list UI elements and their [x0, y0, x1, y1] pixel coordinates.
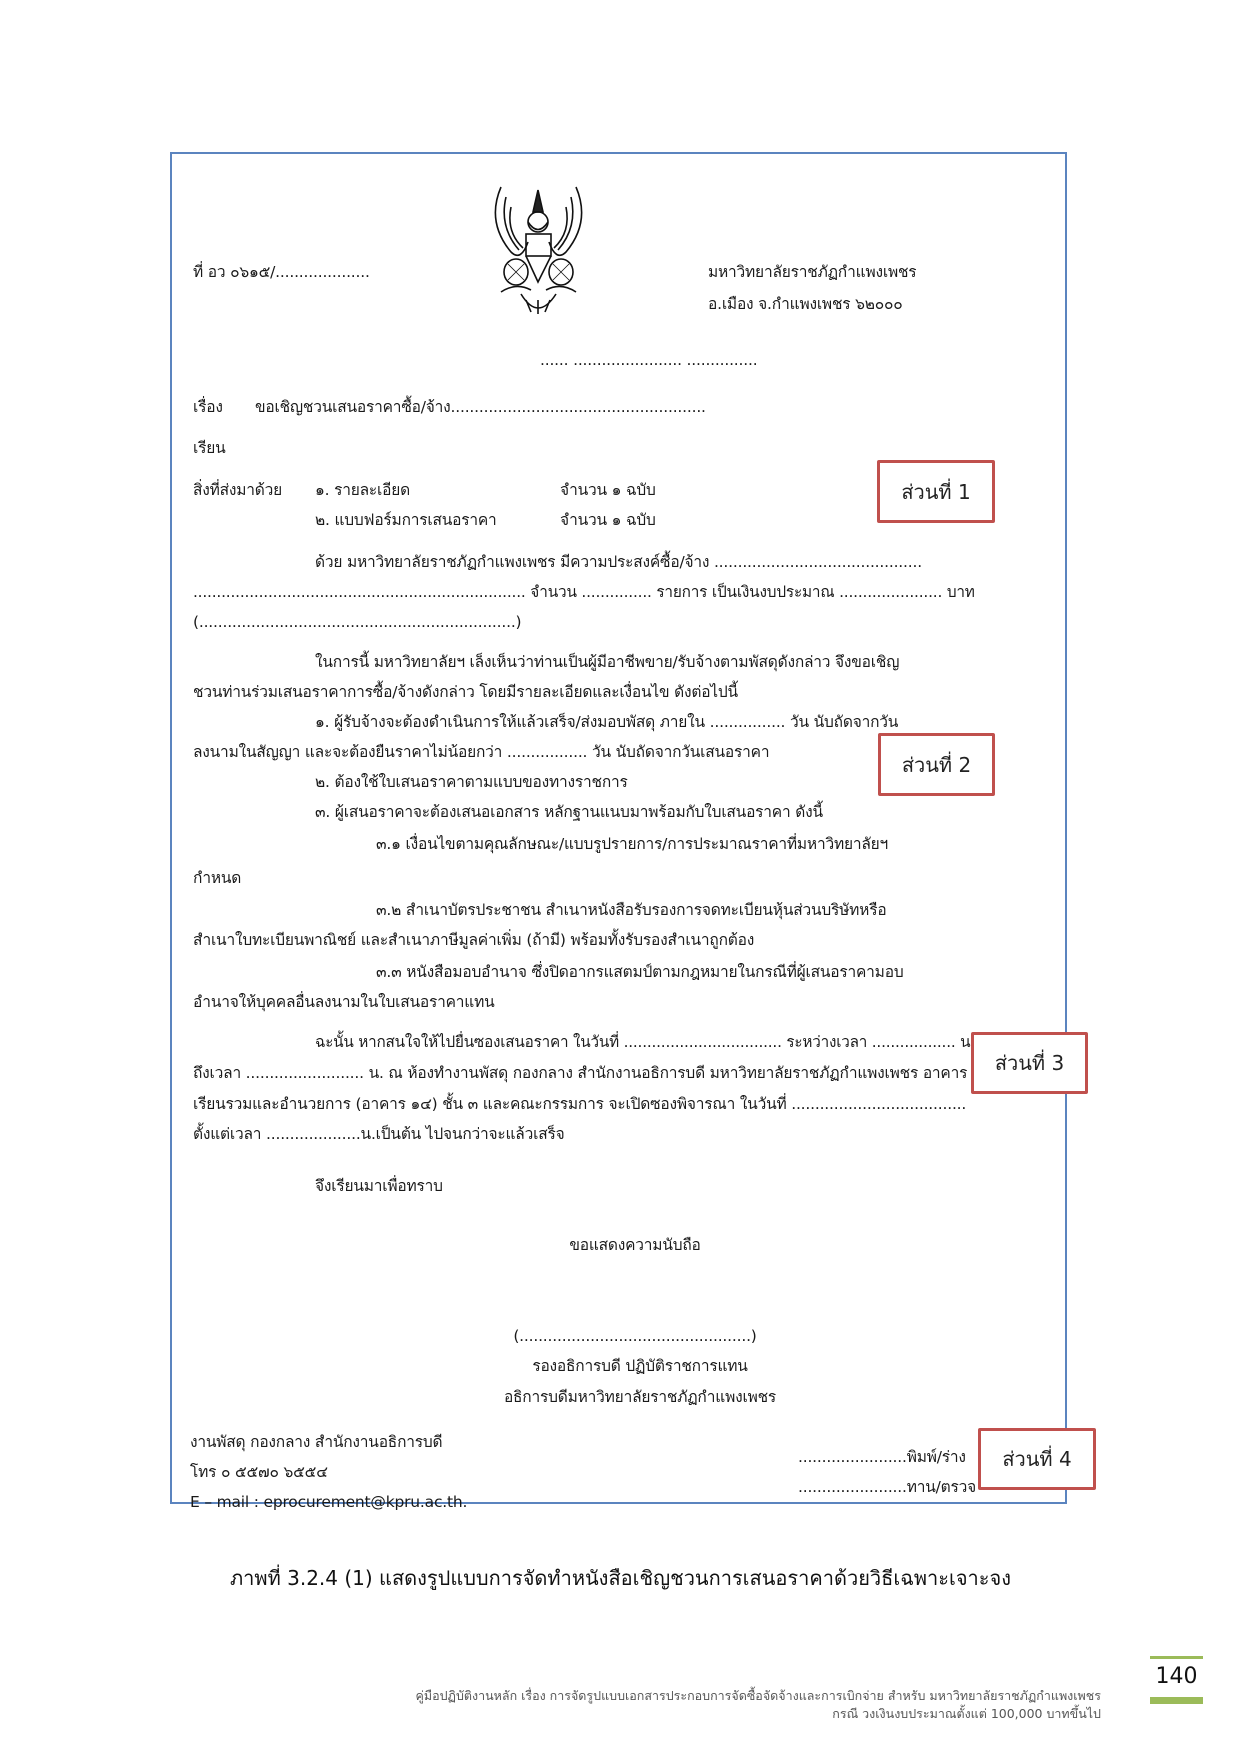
submit-line: ฉะนั้น หากสนใจให้ไปยื่นซองเสนอราคา ในวัน… — [315, 1032, 975, 1052]
part-4-label: ส่วนที่ 4 — [978, 1428, 1096, 1490]
invite-line: ในการนี้ มหาวิทยาลัยฯ เล็งเห็นว่าท่านเป็… — [315, 652, 899, 672]
enclosure-qty: จำนวน ๑ ฉบับ — [560, 480, 656, 500]
checker-line: .......................ทาน/ตรวจ — [798, 1477, 976, 1497]
typist-line: .......................พิมพ์/ร่าง — [798, 1447, 966, 1467]
enclosure-label: สิ่งที่ส่งมาด้วย — [193, 480, 282, 500]
subject-label: เรื่อง — [193, 397, 223, 417]
submit-line: ตั้งแต่เวลา ....................น.เป็นต้… — [193, 1124, 564, 1144]
page-number-top-rule — [1150, 1656, 1203, 1659]
page-number: 140 — [1150, 1664, 1203, 1689]
invite-line: ลงนามในสัญญา และจะต้องยืนราคาไม่น้อยกว่า… — [193, 742, 769, 762]
invite-line: ๓.๑ เงื่อนไขตามคุณลักษณะ/แบบรูปรายการ/กา… — [376, 834, 888, 854]
invite-line: ๓.๒ สำเนาบัตรประชาชน สำเนาหนังสือรับรองก… — [376, 900, 886, 920]
enclosure-qty: จำนวน ๑ ฉบับ — [560, 510, 656, 530]
invite-line: ๒. ต้องใช้ใบเสนอราคาตามแบบของทางราชการ — [315, 772, 628, 792]
invite-line: กำหนด — [193, 868, 241, 888]
contact-email: E – mail : eprocurement@kpru.ac.th. — [190, 1492, 467, 1512]
to-label: เรียน — [193, 438, 226, 458]
contact-phone: โทร ๐ ๕๕๗๐ ๖๕๕๔ — [190, 1462, 328, 1482]
page-number-bottom-rule — [1150, 1697, 1203, 1704]
footer-budget-note: กรณี วงเงินงบประมาณตั้งแต่ 100,000 บาทขึ… — [832, 1704, 1101, 1724]
invite-line: อำนาจให้บุคคลอื่นลงนามในใบเสนอราคาแทน — [193, 992, 494, 1012]
footer-manual-title: คู่มือปฏิบัติงานหลัก เรื่อง การจัดรูปแบบ… — [416, 1686, 1101, 1706]
signature-blank: (.......................................… — [470, 1326, 800, 1346]
enclosure-item: ๒. แบบฟอร์มการเสนอราคา — [315, 510, 497, 530]
subject-text: ขอเชิญชวนเสนอราคาซื้อ/จ้าง..............… — [255, 397, 706, 417]
signer-title: รองอธิการบดี ปฏิบัติราชการแทน — [440, 1356, 840, 1376]
enclosure-item: ๑. รายละเอียด — [315, 480, 410, 500]
invite-line: ๓.๓ หนังสือมอบอำนาจ ซึ่งปิดอากรแสตมป์ตาม… — [376, 962, 903, 982]
invite-line: ชวนท่านร่วมเสนอราคาการซื้อ/จ้างดังกล่าว … — [193, 682, 738, 702]
contact-unit: งานพัสดุ กองกลาง สำนักงานอธิการบดี — [190, 1432, 442, 1452]
part-1-label: ส่วนที่ 1 — [877, 460, 995, 523]
intro-line: ........................................… — [193, 582, 975, 602]
part-2-label: ส่วนที่ 2 — [878, 733, 995, 796]
signer-org: อธิการบดีมหาวิทยาลัยราชภัฏกำแพงเพชร — [440, 1387, 840, 1407]
reference-number: ที่ อว ๐๖๑๕/.................... — [193, 262, 370, 282]
closing: จึงเรียนมาเพื่อทราบ — [315, 1176, 443, 1196]
regards: ขอแสดงความนับถือ — [470, 1235, 800, 1255]
invite-line: ๑. ผู้รับจ้างจะต้องดำเนินการให้แล้วเสร็จ… — [315, 712, 898, 732]
submit-line: เรียนรวมและอำนวยการ (อาคาร ๑๔) ชั้น ๓ แล… — [193, 1094, 966, 1114]
invite-line: สำเนาใบทะเบียนพาณิชย์ และสำเนาภาษีมูลค่า… — [193, 930, 754, 950]
intro-line: ด้วย มหาวิทยาลัยราชภัฏกำแพงเพชร มีความปร… — [315, 552, 922, 572]
part-3-label: ส่วนที่ 3 — [971, 1032, 1088, 1094]
figure-caption: ภาพที่ 3.2.4 (1) แสดงรูปแบบการจัดทำหนังส… — [0, 1562, 1241, 1594]
org-name: มหาวิทยาลัยราชภัฏกำแพงเพชร — [708, 262, 916, 282]
submit-line: ถึงเวลา ......................... น. ณ ห… — [193, 1063, 967, 1083]
invite-line: ๓. ผู้เสนอราคาจะต้องเสนอเอกสาร หลักฐานแน… — [315, 802, 823, 822]
garuda-emblem-icon — [481, 182, 596, 317]
org-address: อ.เมือง จ.กำแพงเพชร ๖๒๐๐๐ — [708, 294, 903, 314]
date-line: ...... ....................... .........… — [540, 350, 757, 370]
intro-line: (.......................................… — [193, 612, 521, 632]
